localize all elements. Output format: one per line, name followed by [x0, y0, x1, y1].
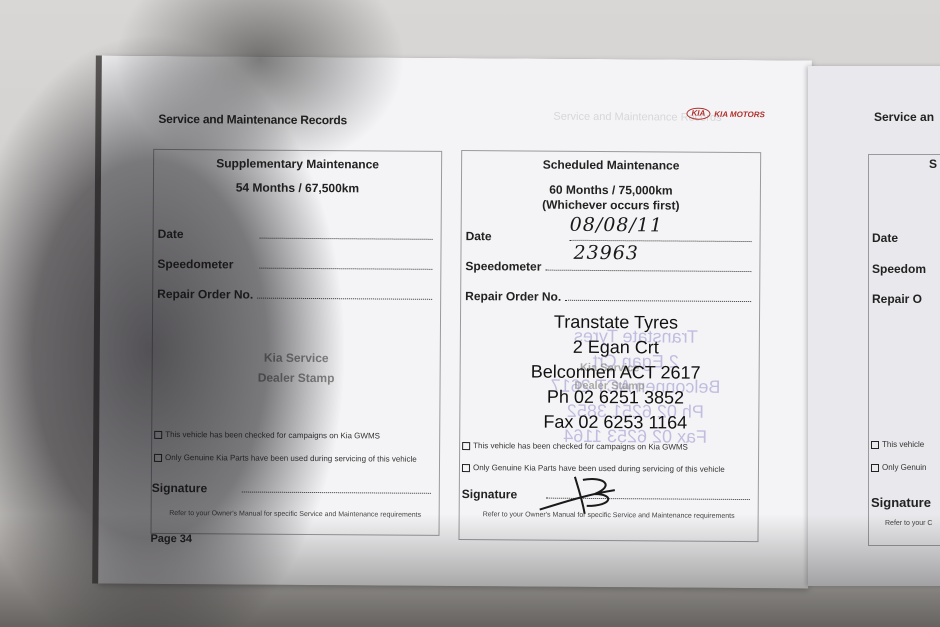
handwritten-odometer: 23963	[573, 242, 639, 264]
signature-label: Signature	[871, 495, 931, 510]
signature-scribble-icon	[535, 472, 625, 518]
signature-label: Signature	[152, 481, 238, 496]
box-interval: 54 Months / 67,500km	[154, 180, 441, 196]
repair-order-line[interactable]	[565, 290, 751, 302]
booklet-next-page: Service an S Date Speedom Repair O This …	[808, 66, 940, 586]
speedometer-field[interactable]: Speedometer	[157, 257, 432, 273]
check-label: Only Genuine Kia Parts have been used du…	[165, 453, 417, 464]
kia-motors-logo: KIA KIA MOTORS	[686, 108, 765, 121]
checkbox-icon[interactable]	[154, 430, 162, 438]
refer-note: Refer to your C	[885, 520, 932, 527]
genuine-parts-check[interactable]: Only Genuin	[871, 463, 926, 472]
field-label: Repair Order No.	[465, 289, 561, 304]
repair-order-line[interactable]	[257, 288, 432, 300]
stamp-line: 2 Egan Crt	[501, 334, 731, 361]
field-label: Repair O	[872, 292, 922, 306]
kia-emblem-icon: KIA	[686, 108, 710, 120]
campaign-check[interactable]: This vehicle	[871, 440, 924, 449]
checkbox-icon[interactable]	[871, 441, 879, 449]
field-label: Date	[466, 229, 566, 244]
field-label: Speedometer	[465, 259, 541, 274]
next-page-title: Service an	[874, 110, 934, 124]
booklet-left-page: Service and Maintenance Records Service …	[98, 56, 812, 589]
dealer-stamp: Transtate Tyres 2 Egan Crt Belconnen ACT…	[500, 309, 731, 436]
stamp-line: Transtate Tyres	[501, 309, 731, 336]
field-label: Speedometer	[157, 257, 255, 272]
stamp-placeholder: Dealer Stamp	[153, 370, 440, 386]
page-number: Page 34	[150, 533, 192, 545]
field-label: Date	[872, 231, 898, 245]
box-heading: S	[929, 157, 937, 171]
signature-label: Signature	[462, 487, 542, 502]
handwritten-date: 08/08/11	[570, 214, 663, 237]
stamp-line: Ph 02 6251 3852	[500, 384, 730, 411]
campaign-check[interactable]: This vehicle has been checked for campai…	[154, 430, 380, 441]
stamp-line: Fax 02 6253 1164	[500, 409, 730, 436]
field-label: Date	[158, 227, 256, 242]
check-label: This vehicle has been checked for campai…	[165, 430, 380, 440]
stamp-placeholder: Kia Service	[153, 350, 440, 366]
check-label: This vehicle has been checked for campai…	[473, 441, 688, 451]
page-title: Service and Maintenance Records	[158, 112, 347, 127]
signature-line[interactable]	[242, 482, 431, 494]
checkbox-icon[interactable]	[462, 464, 470, 472]
brand-text: KIA MOTORS	[714, 109, 765, 118]
next-page-box: S Date Speedom Repair O This vehicle Onl…	[868, 154, 940, 546]
checkbox-icon[interactable]	[462, 442, 470, 450]
date-line[interactable]	[260, 228, 433, 240]
genuine-parts-check[interactable]: Only Genuine Kia Parts have been used du…	[154, 453, 417, 464]
scheduled-maintenance-box: Scheduled Maintenance 60 Months / 75,000…	[458, 150, 761, 542]
box-heading: Supplementary Maintenance	[154, 156, 441, 172]
box-interval: 60 Months / 75,000km	[462, 182, 760, 198]
checkbox-icon[interactable]	[154, 453, 162, 461]
refer-note: Refer to your Owner's Manual for specifi…	[152, 510, 439, 519]
stamp-line: Belconnen ACT 2617	[501, 359, 731, 386]
check-label: This vehicle	[882, 440, 924, 449]
repair-order-field[interactable]: Repair Order No.	[465, 289, 751, 305]
repair-order-field[interactable]: Repair Order No.	[157, 287, 432, 303]
box-heading: Scheduled Maintenance	[462, 157, 760, 173]
refer-note: Refer to your Owner's Manual for specifi…	[460, 511, 758, 520]
check-label: Only Genuin	[882, 463, 926, 472]
speedometer-line[interactable]	[259, 258, 432, 270]
date-field[interactable]: Date	[158, 227, 433, 243]
box-interval-note: (Whichever occurs first)	[462, 197, 760, 213]
field-label: Repair Order No.	[157, 287, 253, 302]
signature-field[interactable]: Signature	[152, 481, 431, 497]
checkbox-icon[interactable]	[871, 464, 879, 472]
field-label: Speedom	[872, 262, 926, 276]
campaign-check[interactable]: This vehicle has been checked for campai…	[462, 441, 688, 452]
supplementary-maintenance-box: Supplementary Maintenance 54 Months / 67…	[151, 149, 443, 536]
